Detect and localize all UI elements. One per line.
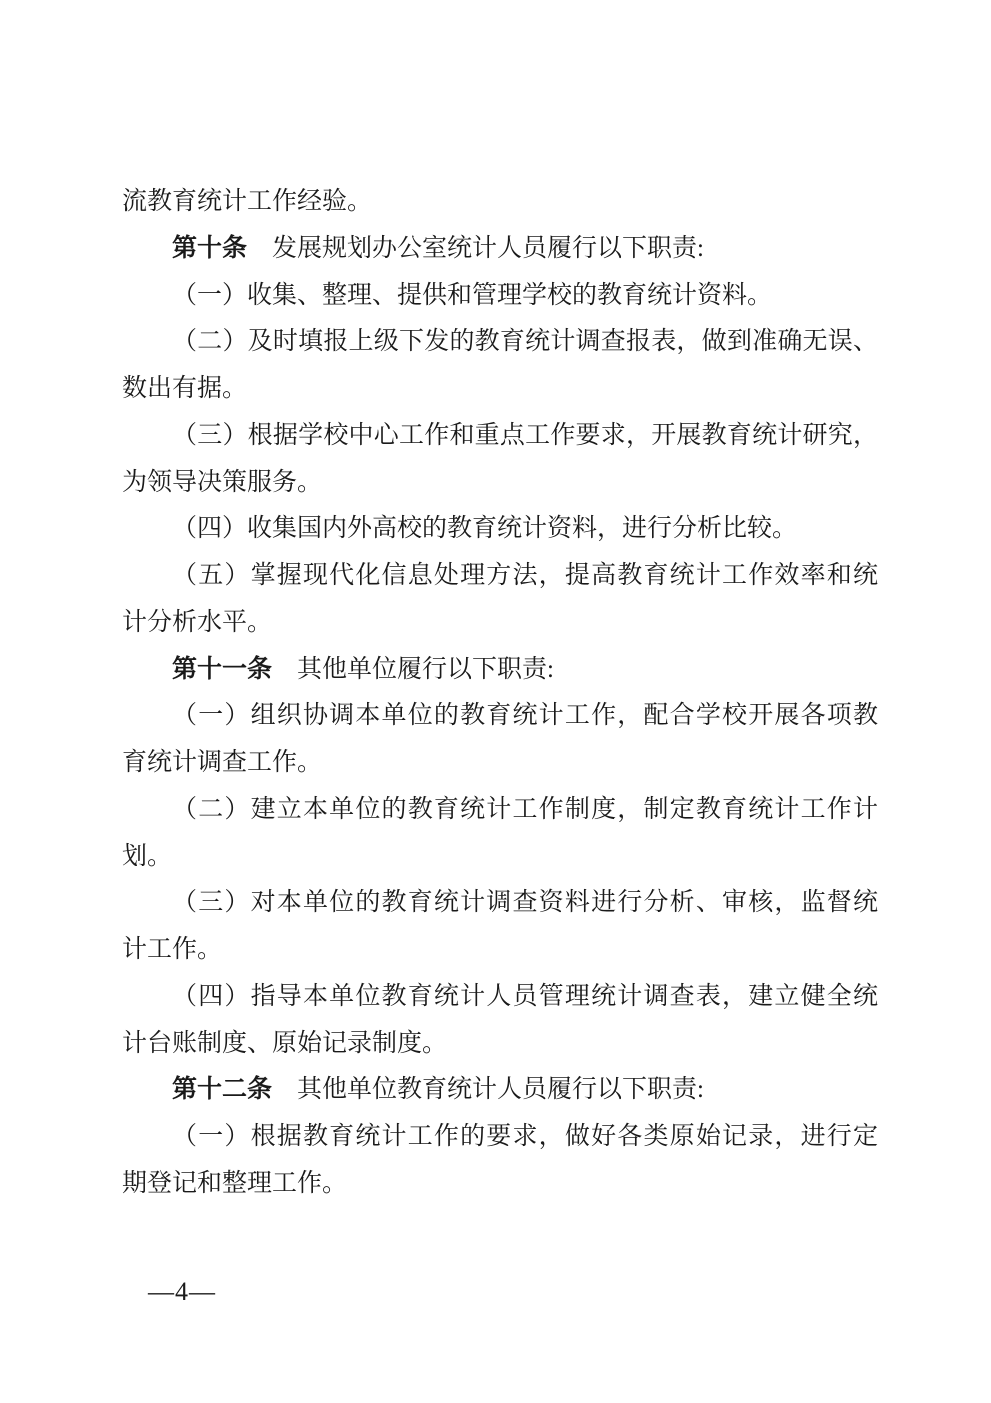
body-text: 育统计调查工作。 [122,749,322,776]
body-text: 为领导决策服务。 [122,469,322,496]
body-text: 划。 [122,843,172,870]
body-text: （一）组织协调本单位的教育统计工作，配合学校开展各项教 [172,702,878,729]
body-line: 计台账制度、原始记录制度。 [122,1021,878,1068]
body-text: （一）收集、整理、提供和管理学校的教育统计资料。 [172,282,772,309]
page-number: —4— [148,1277,216,1307]
body-line: （三）对本单位的教育统计调查资料进行分析、审核，监督统 [122,880,878,927]
body-line: 数出有据。 [122,366,878,413]
body-text: 计台账制度、原始记录制度。 [122,1030,447,1057]
body-line: 为领导决策服务。 [122,460,878,507]
body-line: （二）及时填报上级下发的教育统计调查报表，做到准确无误、 [122,319,878,366]
article-heading-text: 其他单位履行以下职责: [297,656,554,683]
body-line: 划。 [122,834,878,881]
body-text: 流教育统计工作经验。 [122,188,372,215]
article-number: 第十二条 [172,1076,272,1103]
body-line: （一）收集、整理、提供和管理学校的教育统计资料。 [122,273,878,320]
body-text: （五）掌握现代化信息处理方法，提高教育统计工作效率和统 [172,562,878,589]
body-text: （二）建立本单位的教育统计工作制度，制定教育统计工作计 [172,796,878,823]
body-text: （二）及时填报上级下发的教育统计调查报表，做到准确无误、 [172,328,878,355]
body-line: （一）组织协调本单位的教育统计工作，配合学校开展各项教 [122,693,878,740]
body-text: （三）对本单位的教育统计调查资料进行分析、审核，监督统 [172,889,878,916]
body-text: （四）指导本单位教育统计人员管理统计调查表，建立健全统 [172,983,878,1010]
article-heading-text: 发展规划办公室统计人员履行以下职责: [272,235,704,262]
article-10-heading: 第十条发展规划办公室统计人员履行以下职责: [122,226,878,273]
body-line: （一）根据教育统计工作的要求，做好各类原始记录，进行定 [122,1114,878,1161]
body-text: 计工作。 [122,936,222,963]
body-line-continuation: 流教育统计工作经验。 [122,179,878,226]
body-line: 期登记和整理工作。 [122,1161,878,1208]
body-line: （五）掌握现代化信息处理方法，提高教育统计工作效率和统 [122,553,878,600]
article-heading-text: 其他单位教育统计人员履行以下职责: [297,1076,704,1103]
body-text: （四）收集国内外高校的教育统计资料，进行分析比较。 [172,515,797,542]
body-line: 计分析水平。 [122,600,878,647]
body-line: （四）指导本单位教育统计人员管理统计调查表，建立健全统 [122,974,878,1021]
body-text: 计分析水平。 [122,609,272,636]
article-12-heading: 第十二条其他单位教育统计人员履行以下职责: [122,1067,878,1114]
body-line: （三）根据学校中心工作和重点工作要求，开展教育统计研究， [122,413,878,460]
body-line: （四）收集国内外高校的教育统计资料，进行分析比较。 [122,506,878,553]
body-text: （一）根据教育统计工作的要求，做好各类原始记录，进行定 [172,1123,878,1150]
article-11-heading: 第十一条其他单位履行以下职责: [122,647,878,694]
article-number: 第十条 [172,235,247,262]
article-number: 第十一条 [172,656,272,683]
body-line: （二）建立本单位的教育统计工作制度，制定教育统计工作计 [122,787,878,834]
body-line: 育统计调查工作。 [122,740,878,787]
body-text: （三）根据学校中心工作和重点工作要求，开展教育统计研究， [172,422,878,449]
body-text: 期登记和整理工作。 [122,1170,347,1197]
body-text: 数出有据。 [122,375,247,402]
body-line: 计工作。 [122,927,878,974]
document-page: 流教育统计工作经验。 第十条发展规划办公室统计人员履行以下职责: （一）收集、整… [122,179,878,1208]
